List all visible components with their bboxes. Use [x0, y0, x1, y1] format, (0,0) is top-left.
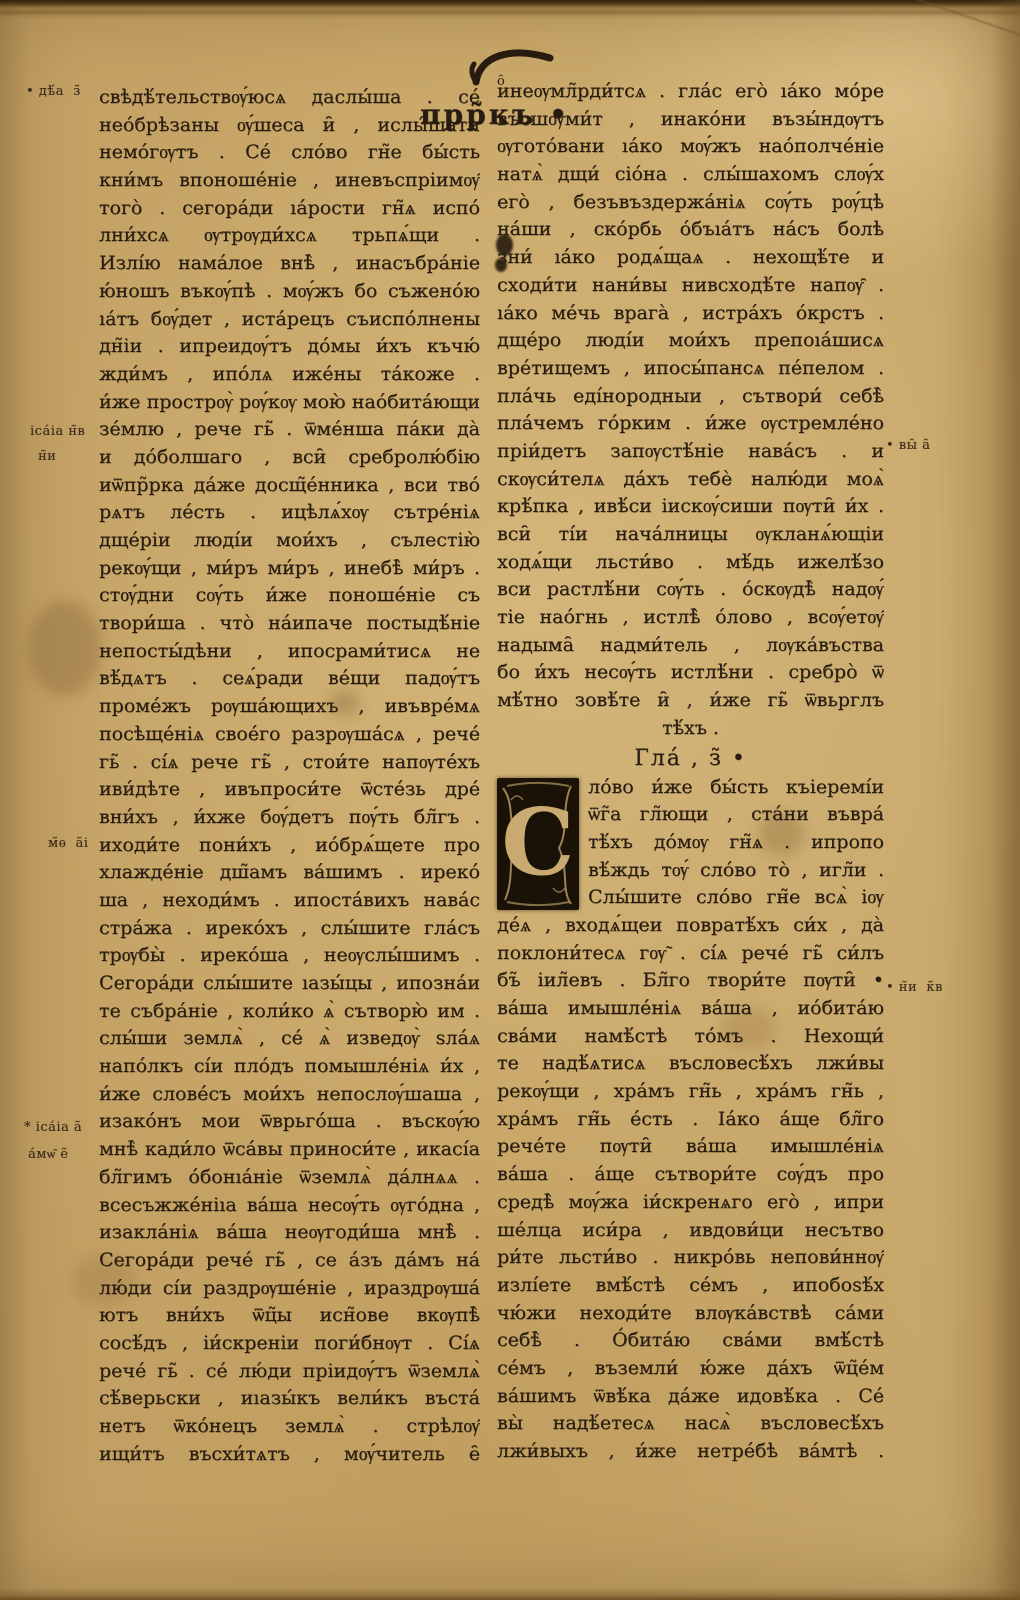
text-line: въсшѹми́т , инако́ни възы́ндѹтъ — [497, 106, 884, 134]
text-line: вѣ́дѧтъ . сеѧ́ради ве́щи падѹ́тъ — [99, 665, 480, 693]
margin-note-isaiah-52: іса́іа н̃в — [30, 424, 85, 439]
text-line: крѣ́пка , ивѣ́си іискѹ́сиши пѹти̑ и́х . — [497, 493, 884, 521]
text-line: ва́ша имышле́ніѧ ва́ша , ио́бита́ю — [497, 995, 884, 1023]
chapter-heading: Гла́ , з̃ • — [497, 743, 884, 774]
text-line: ищи́тъ въсхи́тѧтъ , мѹ́читель е̑ — [99, 1441, 480, 1469]
text-line: хра́мъ гн̃ь е́сть . Іа́ко а́ще бл̃го — [497, 1106, 884, 1134]
text-line: рекѹ́щи , ми́ръ ми́ръ , инебѣ̀ ми́ръ . — [99, 555, 480, 583]
text-line: мнѣ̀ кади́ло ѿса́вы приноси́те , икасі́а — [99, 1136, 480, 1164]
text-line: того̀ . сегора́ди ıа́рости гн̃ѧ испо́ — [99, 195, 480, 223]
text-line: ва́шимъ ѿвѣ́ка да́же идовѣ́ка . Се́ — [497, 1383, 884, 1411]
text-line: сходи́ти нани́вы нивсходѣ́те напѹ̑ . — [497, 272, 884, 300]
text-line: лю́ди сі́и раздрѹше́ніе , ираздрѹша́ — [99, 1275, 480, 1303]
text-line: и до́болшаго , вси̑ сребролю́бію ѹча́сѧ — [99, 444, 480, 472]
drop-cap-initial: С — [497, 778, 579, 910]
text-line: тіе нао́гнь , истлѣ̀ о́лово , всѹ́етѹ̑ — [497, 604, 884, 632]
text-line: вре́тищемъ , ипосы́пансѧ пе́пелом . — [497, 355, 884, 383]
page-bottom-edge — [0, 1588, 1020, 1600]
text-line: Излі́ю нама́лое внѣ̀ , инасъбра́ніе — [99, 250, 480, 278]
text-line: рече́те пѹти̑ ва́ша имышле́ніѧ — [497, 1133, 884, 1161]
text-line: поклони́тесѧ гѹ̃ . сі́ѧ рече́ гь̃ си́лъ — [497, 940, 884, 968]
text-line: проме́жъ рѹша́ющихъ , ивъвре́мѧ — [99, 693, 480, 721]
page-top-edge — [0, 0, 1020, 20]
text-line: сѣ́верьски , иıазы́къ вели́къ въста́ — [99, 1385, 480, 1413]
right-column-part2: С ло́во и́же бы́сть къіеремі́иѿг̃а гл̃ющ… — [497, 774, 884, 1466]
text-line: ю́ношъ въкѹ́пѣ . мѹ́жъ бо съжено́ю — [99, 278, 480, 306]
text-line: ıа́ко ме́чь врага̀ , истра́хъ о́крстъ . — [497, 300, 884, 328]
text-line: гь̃ . сі́ѧ рече гь̃ , стои́те напѹте́хъ — [99, 749, 480, 777]
text-line: кни́мъ впоноше́ніе , иневъспріимѹ̑ — [99, 167, 480, 195]
left-text-column: свѣдѣ́тельствѹ́юсѧ даслы́ша . се́нео́брѣ… — [99, 84, 480, 1468]
text-line: стра́жа . иреко́хъ , слы́шите гла́съ — [99, 915, 480, 943]
text-line: посѣще́ніѧ свое́го разрѹша́сѧ , рече́ — [99, 721, 480, 749]
text-line: Сегора́ди рече́ гь̃ , се а́зъ да́мъ на́ — [99, 1247, 480, 1275]
text-line: ло́во и́же бы́сть къіеремі́и — [588, 774, 884, 802]
text-line: зе́млю , рече гь̃ . ѿме́нша па́ки да̀ — [99, 416, 480, 444]
text-line: ри́те льсти́во . никро́вь непови́ннѹ̑ — [497, 1244, 884, 1272]
top-crease — [0, 11, 1020, 14]
text-line: рѧтъ ле́сть . ицѣлѧ́хѹ сътре́ніѧ — [99, 499, 480, 527]
text-line: иѿпр̃рка да́же досщ̃е́нника , вси тво́ — [99, 472, 480, 500]
text-line: свѣдѣ́тельствѹ́юсѧ даслы́ша . се́ — [99, 84, 480, 112]
text-line: напо́лкъ сі́и пло́дъ помышле́ніѧ и́х , — [99, 1053, 480, 1081]
paragraph-end-line: тѣ́хъ . — [497, 715, 884, 743]
text-line: дще́ро люді́и мои́хъ препоıа́шисѧ — [497, 327, 884, 355]
text-line: дн̃іи . ипреидѹ́тъ до́мы и́хъ къчю́ — [99, 333, 480, 361]
text-line: стѹ́дни сѹ́ть и́же поноше́ніе съ — [99, 582, 480, 610]
text-line: средѣ̀ мѹ́жа іи́скренѧго его̀ , ипри — [497, 1189, 884, 1217]
text-line: нетъ ѿко́нецъ землѧ̀ . стрѣлѹ̑ — [99, 1413, 480, 1441]
text-line: изако́нъ мои ѿврьго́ша . въскѹ́ю — [99, 1108, 480, 1136]
text-line: Слы́шите сло́во гн̃е всѧ̀ іѹ — [588, 884, 884, 912]
text-line: чю́жи неходи́те влѹка́вствѣ са́ми — [497, 1300, 884, 1328]
text-line: себѣ̀ . О́бита́ю сва́ми вмѣ́стѣ — [497, 1327, 884, 1355]
margin-note-isaiah-1: * іса́іа а̃ — [24, 1120, 82, 1135]
stain — [28, 600, 102, 696]
text-line: натѧ̀ дщи́ сіо́на . слы́шахомъ слѹ́х — [497, 161, 884, 189]
text-line: непосты́дѣни , ипосрами́тисѧ не — [99, 638, 480, 666]
text-line: нео́брѣзаны ѹ́шеса и̑ , ислы́шати — [99, 112, 480, 140]
text-line: ша , неходи́мъ . ипоста́вихъ нава́с — [99, 887, 480, 915]
text-line: лни́хсѧ ѹтрѹди́хсѧ трьпѧ́щи . — [99, 222, 480, 250]
text-line: се́мъ , въземли́ ю́же да́хъ ѿц̃е́м — [497, 1355, 884, 1383]
text-line: ше́лца иси́ра , ивдови́ци несътво — [497, 1217, 884, 1245]
margin-note-right-mid: • н̃и к̃в — [886, 980, 943, 995]
text-line: пла́чь еді́нородныи , сътвори́ себѣ̀ — [497, 383, 884, 411]
text-line: рече́ гь̃ . се́ лю́ди пріидѹ́тъ ѿземлѧ̀ — [99, 1358, 480, 1386]
text-line: скѹси́телѧ да́хъ тебѐ налю́ди моѧ̀ — [497, 466, 884, 494]
text-line: сосѣ́дъ , іи́скреніи поги́бнѹт . Сі́ѧ — [99, 1330, 480, 1358]
book-page: прр̃къ • о̑ свѣдѣ́тельствѹ́юсѧ даслы́ша … — [0, 0, 1020, 1600]
text-line: иходи́те пони́хъ , ио́брѧ́щете про — [99, 832, 480, 860]
text-line: лжи́выхъ , и́же нетре́бѣ ва́мтѣ . — [497, 1438, 884, 1466]
text-line: пла́чемъ го́рким . и́же ѹстремле́но — [497, 410, 884, 438]
page-right-edge — [990, 0, 1020, 1600]
text-line: бл̃гимъ о́бонıа́ніе ѿземлѧ̀ да́лнѧѧ . — [99, 1164, 480, 1192]
text-line: вѣ́ждь тѹ́ сло́во то̀ , игл̃и . — [588, 857, 884, 885]
text-line: ѿг̃а гл̃ющи , ста́ни въвра́ — [588, 801, 884, 829]
text-line: изакла́ніѧ ва́ша неѹгоди́ша мнѣ̀ . — [99, 1219, 480, 1247]
text-line: хлажде́ніе дш̃амъ ва́шимъ . иреко́ — [99, 859, 480, 887]
margin-note-right-top: • вы̑ а̑ — [886, 438, 930, 453]
text-line: вси̑ ті́и нача́лницы ѹкланѧ́ющіи — [497, 521, 884, 549]
text-line: те надѣ́ѧтисѧ въсловесѣ́хъ лжи́вы — [497, 1050, 884, 1078]
text-line: и́же слове́съ мои́хъ непослѹ́шаша , — [99, 1081, 480, 1109]
text-line: Сегора́ди слы́шите ıазы́цы , ипозна́и — [99, 970, 480, 998]
text-line: на́ши , ско́рбь о́бъıа́тъ на́съ болѣ — [497, 216, 884, 244]
text-line: дще́ріи люді́и мои́хъ , сълестію̀ — [99, 527, 480, 555]
margin-note-matthew-11: м̃ѳ а̃і — [48, 836, 88, 851]
margin-note-isaiah-58: н̃и — [38, 449, 56, 464]
text-line: жди́мъ , ипо́лѧ иже́ны та́коже . — [99, 361, 480, 389]
margin-note-acts: • дѣ́а з̃ — [26, 84, 81, 99]
text-line: его̀ , безъвъздержа́ніѧ сѹ́ть рѹ́цѣ — [497, 189, 884, 217]
text-line: ва́ша . а́ще сътвори́те сѹ́дъ про — [497, 1161, 884, 1189]
text-line: те събра́ніе , коли́ко ѧ̀ сътворю̀ им . — [99, 998, 480, 1026]
text-line: ютъ вни́хъ ѿц̃ы исн̃ове вкѹпѣ̀ — [99, 1302, 480, 1330]
text-line: зни́ ıа́ко родѧ́щаѧ . нехощѣ́те и — [497, 244, 884, 272]
text-line: всесъжже́ніıа ва́ша несѹ́ть ѹго́дна , — [99, 1192, 480, 1220]
text-line: твори́ша . что̀ на́ипаче постыдѣ́ніе — [99, 610, 480, 638]
text-line: пріи́детъ запѹстѣ́ніе нава́съ . и — [497, 438, 884, 466]
text-line: ıа́тъ бѹ́дет , иста́рецъ съиспо́лнены — [99, 306, 480, 334]
text-line: инеѹмл̃рди́тсѧ . гла́с его̀ ıа́ко мо́ре — [497, 78, 884, 106]
text-line: тѣ́хъ до́мѹ гн̃ѧ . ипропо — [588, 829, 884, 857]
text-line: бъ̃ іил̃евъ . Бл̃го твори́те пѹти̑ • — [497, 967, 884, 995]
text-line: ѹгото́вани ıа́ко мѹ́жъ нао́полче́ніе — [497, 133, 884, 161]
text-line: вси растлѣ́ни сѹ́ть . о́скѹдѣ̀ надѹ́ — [497, 576, 884, 604]
right-column-part1: инеѹмл̃рди́тсѧ . гла́с его̀ ıа́ко мо́рев… — [497, 78, 884, 715]
text-line: де́ѧ , входѧ́щеи повратѣ́хъ си́х , да̀ — [497, 912, 884, 940]
text-line: ходѧ́щи льсти́во . мѣ́дь ижелѣ́зо — [497, 549, 884, 577]
right-text-column: инеѹмл̃рди́тсѧ . гла́с его̀ ıа́ко мо́рев… — [497, 78, 884, 1466]
text-line: немо́гѹтъ . Се́ сло́во гн̃е бы́сть — [99, 139, 480, 167]
text-line: надыма̑ надми́тель , лѹка́въства — [497, 632, 884, 660]
text-line: сва́ми намѣ́стѣ то́мъ . Нехощи́ — [497, 1023, 884, 1051]
text-line: иви́дѣте , ивъпроси́те ѿсте́зь дре́ — [99, 776, 480, 804]
margin-note-amos-5: а́мѡ̑ е̃ — [28, 1146, 68, 1162]
text-line: вни́хъ , и́хже бѹ́детъ пѹ́ть бл̃гъ . — [99, 804, 480, 832]
text-line: мѣ́тно зовѣ́те и̑ , и́же гь̃ ѿвьрглъ — [497, 687, 884, 715]
text-line: слы́ши землѧ̀ , се́ ѧ̀ изведѹ̀ ѕла́ѧ — [99, 1025, 480, 1053]
text-line: рекѹ́щи , хра́мъ гн̃ь , хра́мъ гн̃ь , — [497, 1078, 884, 1106]
text-line: излі́ете вмѣ́стѣ се́мъ , ипобоѕѣ́х — [497, 1272, 884, 1300]
drop-cap-letter: С — [497, 772, 579, 904]
text-line: бо и́хъ несѹ́ть истлѣ́ни . сребро̀ ѿ — [497, 659, 884, 687]
text-line: и́же прострѹ̀ рѹ́кѹ мою̀ нао́бита́ющи — [99, 389, 480, 417]
text-line: трѹбы̀ . иреко́ша , неѹслы́шимъ . — [99, 942, 480, 970]
text-line: вы̀ надѣ́етесѧ насѧ̀ въсловесѣ́хъ — [497, 1410, 884, 1438]
